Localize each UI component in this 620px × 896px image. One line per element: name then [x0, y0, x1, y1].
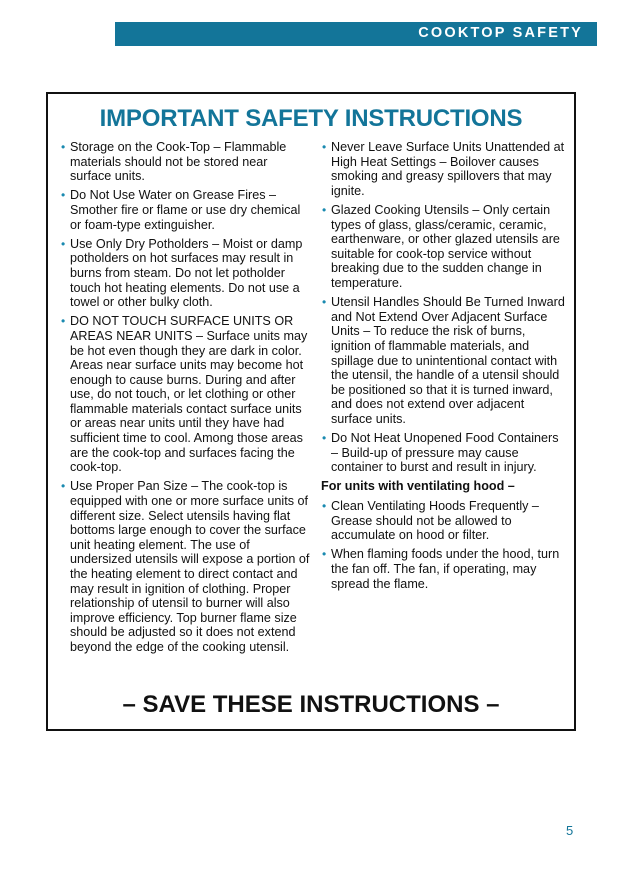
- item-text: Storage on the Cook-Top – Flammable mate…: [70, 140, 286, 183]
- bullet-icon: •: [322, 499, 326, 514]
- bullet-icon: •: [322, 295, 326, 310]
- list-item: •When flaming foods under the hood, turn…: [321, 547, 566, 591]
- bullet-icon: •: [322, 547, 326, 562]
- bullet-icon: •: [322, 140, 326, 155]
- hood-subheading: For units with ventilating hood –: [321, 479, 566, 494]
- list-item: •DO NOT TOUCH SURFACE UNITS OR AREAS NEA…: [60, 314, 310, 475]
- item-text: Use Proper Pan Size – The cook-top is eq…: [70, 479, 309, 654]
- list-item: •Do Not Heat Unopened Food Containers – …: [321, 431, 566, 475]
- item-text: DO NOT TOUCH SURFACE UNITS OR AREAS NEAR…: [70, 314, 307, 474]
- list-item: •Glazed Cooking Utensils – Only certain …: [321, 203, 566, 291]
- bullet-icon: •: [322, 431, 326, 446]
- item-text: Glazed Cooking Utensils – Only certain t…: [331, 203, 560, 290]
- list-item: •Storage on the Cook-Top – Flammable mat…: [60, 140, 310, 184]
- item-text: Use Only Dry Potholders – Moist or damp …: [70, 237, 302, 309]
- list-item: •Use Proper Pan Size – The cook-top is e…: [60, 479, 310, 654]
- item-text: When flaming foods under the hood, turn …: [331, 547, 559, 590]
- section-header-bar: COOKTOP SAFETY: [115, 22, 597, 46]
- bullet-icon: •: [61, 188, 65, 203]
- bullet-icon: •: [61, 479, 65, 494]
- bullet-icon: •: [61, 140, 65, 155]
- bullet-icon: •: [61, 314, 65, 329]
- list-item: •Utensil Handles Should Be Turned Inward…: [321, 295, 566, 426]
- page-number: 5: [566, 823, 573, 838]
- save-instructions-footer: – SAVE THESE INSTRUCTIONS –: [48, 691, 574, 719]
- item-text: Do Not Heat Unopened Food Containers – B…: [331, 431, 559, 474]
- safety-title: IMPORTANT SAFETY INSTRUCTIONS: [48, 105, 574, 133]
- item-text: Do Not Use Water on Grease Fires – Smoth…: [70, 188, 300, 231]
- right-column: •Never Leave Surface Units Unattended at…: [321, 140, 566, 596]
- item-text: Utensil Handles Should Be Turned Inward …: [331, 295, 565, 426]
- list-item: •Never Leave Surface Units Unattended at…: [321, 140, 566, 198]
- item-text: Clean Ventilating Hoods Frequently – Gre…: [331, 499, 539, 542]
- list-item: •Clean Ventilating Hoods Frequently – Gr…: [321, 499, 566, 543]
- item-text: Never Leave Surface Units Unattended at …: [331, 140, 564, 198]
- bullet-icon: •: [61, 237, 65, 252]
- list-item: •Do Not Use Water on Grease Fires – Smot…: [60, 188, 310, 232]
- bullet-icon: •: [322, 203, 326, 218]
- left-column: •Storage on the Cook-Top – Flammable mat…: [60, 140, 310, 659]
- safety-instructions-box: IMPORTANT SAFETY INSTRUCTIONS •Storage o…: [46, 92, 576, 731]
- section-title: COOKTOP SAFETY: [418, 25, 583, 41]
- list-item: •Use Only Dry Potholders – Moist or damp…: [60, 237, 310, 310]
